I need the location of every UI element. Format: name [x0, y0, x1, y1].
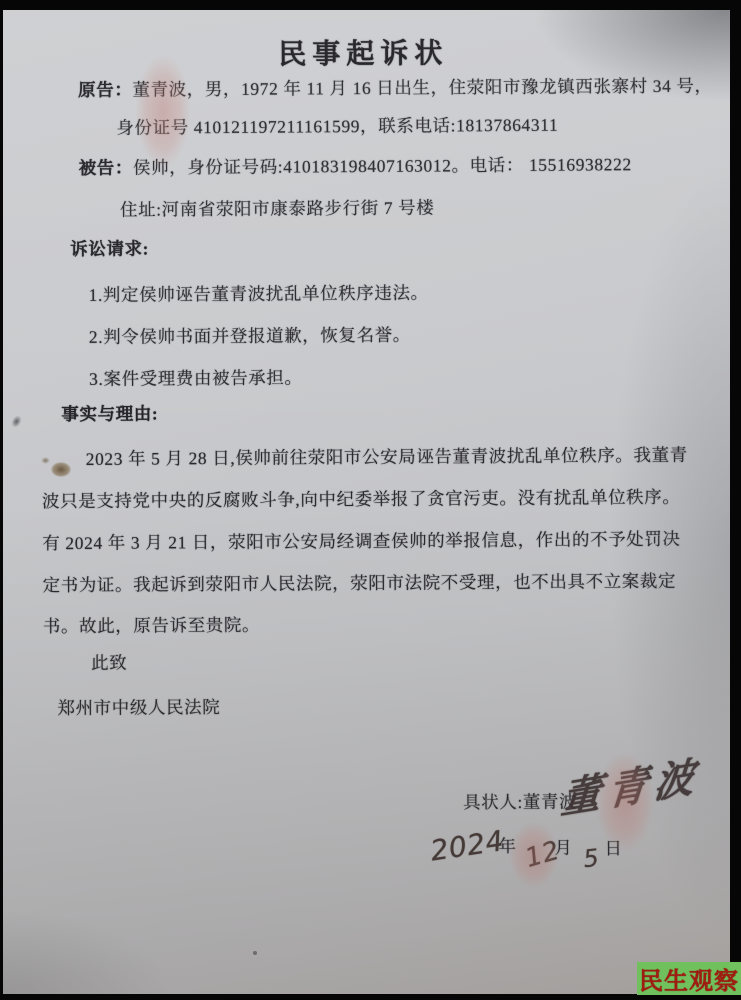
claims-heading: 诉讼请求:: [70, 238, 149, 261]
defendant-line-2: 住址:河南省荥阳市康泰路步行街 7 号楼: [120, 197, 435, 221]
facts-line-2: 波只是支持党中央的反腐败斗争,向中纪委举报了贪官污吏。没有扰乱单位秩序。: [42, 486, 681, 512]
date-day-suffix: 日: [604, 837, 622, 859]
date-year-suffix: 年: [498, 835, 516, 857]
date-day-handwritten: 5: [582, 844, 601, 874]
defendant-line-1: 被告：侯帅，身份证号码:410183198407163012。电话： 15516…: [79, 153, 632, 179]
defendant-info: 侯帅，身份证号码:410183198407163012。电话： 15516938…: [133, 154, 632, 177]
facts-line-5: 书。故此，原告诉至贵院。: [43, 614, 260, 638]
plaintiff-label: 原告：: [78, 80, 132, 100]
document-photo: 民事起诉状 原告：董青波，男，1972 年 11 月 16 日出生，住荥阳市豫龙…: [0, 0, 741, 1000]
claim-item-2: 2.判令侯帅书面并登报道歉，恢复名誉。: [89, 324, 411, 348]
date-month-suffix: 月: [554, 837, 572, 859]
plaintiff-line-2: 身份证号 410121197211161599，联系电话:18137864311: [116, 114, 558, 139]
court-name: 郑州市中级人民法院: [57, 696, 220, 719]
watermark-badge: 民生观察: [637, 962, 741, 995]
paper-sheet: 民事起诉状 原告：董青波，男，1972 年 11 月 16 日出生，住荥阳市豫龙…: [3, 10, 730, 994]
document-content: 民事起诉状 原告：董青波，男，1972 年 11 月 16 日出生，住荥阳市豫龙…: [0, 7, 733, 996]
document-title: 民事起诉状: [0, 29, 727, 74]
facts-line-4: 定书为证。我起诉到荥阳市人民法院，荥阳市法院不受理，也不出具不立案裁定: [42, 570, 676, 596]
facts-heading: 事实与理由:: [61, 402, 158, 425]
claim-item-1: 1.判定侯帅诬告董青波扰乱单位秩序违法。: [88, 282, 428, 306]
claim-item-3: 3.案件受理费由被告承担。: [89, 366, 303, 389]
closing-phrase: 此致: [91, 652, 127, 674]
date-year-handwritten: 2024: [428, 824, 506, 867]
facts-line-1: 2023 年 5 月 28 日,侯帅前往荥阳市公安局诬告董青波扰乱单位秩序。我董…: [86, 444, 688, 470]
plaintiff-line-1: 原告：董青波，男，1972 年 11 月 16 日出生，住荥阳市豫龙镇西张寨村 …: [78, 75, 713, 101]
facts-line-3: 有 2024 年 3 月 21 日，荥阳市公安局经调查侯帅的举报信息，作出的不予…: [42, 528, 680, 554]
defendant-label: 被告：: [79, 158, 133, 178]
signature-handwriting: 董青波: [559, 744, 704, 826]
plaintiff-info: 董青波，男，1972 年 11 月 16 日出生，住荥阳市豫龙镇西张寨村 34 …: [132, 76, 712, 100]
